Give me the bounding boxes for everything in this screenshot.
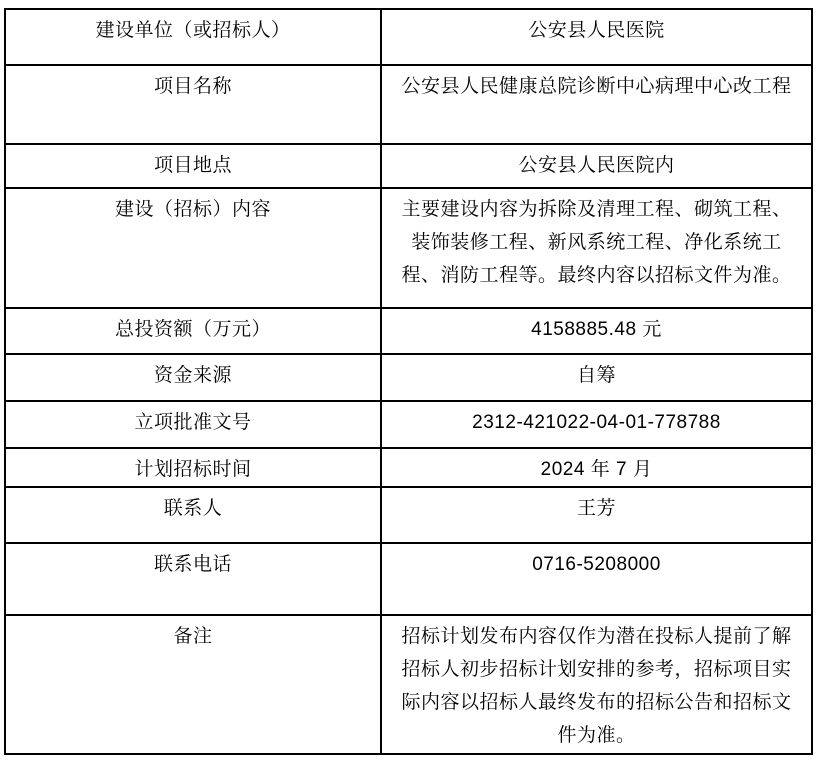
- label-cell: 项目名称: [5, 65, 381, 144]
- value-cell: 公安县人民医院: [381, 9, 812, 65]
- label-cell: 联系人: [5, 487, 381, 543]
- row-funding-source: 资金来源 自筹: [5, 354, 812, 401]
- value-cell: 主要建设内容为拆除及清理工程、砌筑工程、装饰装修工程、新风系统工程、净化系统工程…: [381, 188, 812, 308]
- label-cell: 计划招标时间: [5, 448, 381, 487]
- value-cell: 自筹: [381, 354, 812, 401]
- row-planned-bidding-time: 计划招标时间 2024 年 7 月: [5, 448, 812, 487]
- label-cell: 建设（招标）内容: [5, 188, 381, 308]
- bid-plan-info-table: 建设单位（或招标人） 公安县人民医院 项目名称 公安县人民健康总院诊断中心病理中…: [4, 8, 813, 755]
- row-project-location: 项目地点 公安县人民医院内: [5, 144, 812, 188]
- label-cell: 建设单位（或招标人）: [5, 9, 381, 65]
- row-approval-document-number: 立项批准文号 2312-421022-04-01-778788: [5, 401, 812, 448]
- row-construction-unit: 建设单位（或招标人） 公安县人民医院: [5, 9, 812, 65]
- value-cell: 0716-5208000: [381, 543, 812, 615]
- label-cell: 项目地点: [5, 144, 381, 188]
- value-cell: 2312-421022-04-01-778788: [381, 401, 812, 448]
- value-cell: 4158885.48 元: [381, 308, 812, 354]
- row-construction-content: 建设（招标）内容 主要建设内容为拆除及清理工程、砌筑工程、装饰装修工程、新风系统…: [5, 188, 812, 308]
- row-contact-phone: 联系电话 0716-5208000: [5, 543, 812, 615]
- row-contact-person: 联系人 王芳: [5, 487, 812, 543]
- label-cell: 资金来源: [5, 354, 381, 401]
- value-cell: 招标计划发布内容仅作为潜在投标人提前了解招标人初步招标计划安排的参考，招标项目实…: [381, 615, 812, 754]
- label-cell: 立项批准文号: [5, 401, 381, 448]
- row-total-investment: 总投资额（万元） 4158885.48 元: [5, 308, 812, 354]
- value-cell: 公安县人民健康总院诊断中心病理中心改工程: [381, 65, 812, 144]
- label-cell: 备注: [5, 615, 381, 754]
- value-cell: 公安县人民医院内: [381, 144, 812, 188]
- row-remarks: 备注 招标计划发布内容仅作为潜在投标人提前了解招标人初步招标计划安排的参考，招标…: [5, 615, 812, 754]
- label-cell: 总投资额（万元）: [5, 308, 381, 354]
- document-page: 建设单位（或招标人） 公安县人民医院 项目名称 公安县人民健康总院诊断中心病理中…: [0, 0, 817, 760]
- label-cell: 联系电话: [5, 543, 381, 615]
- value-cell: 2024 年 7 月: [381, 448, 812, 487]
- value-cell: 王芳: [381, 487, 812, 543]
- row-project-name: 项目名称 公安县人民健康总院诊断中心病理中心改工程: [5, 65, 812, 144]
